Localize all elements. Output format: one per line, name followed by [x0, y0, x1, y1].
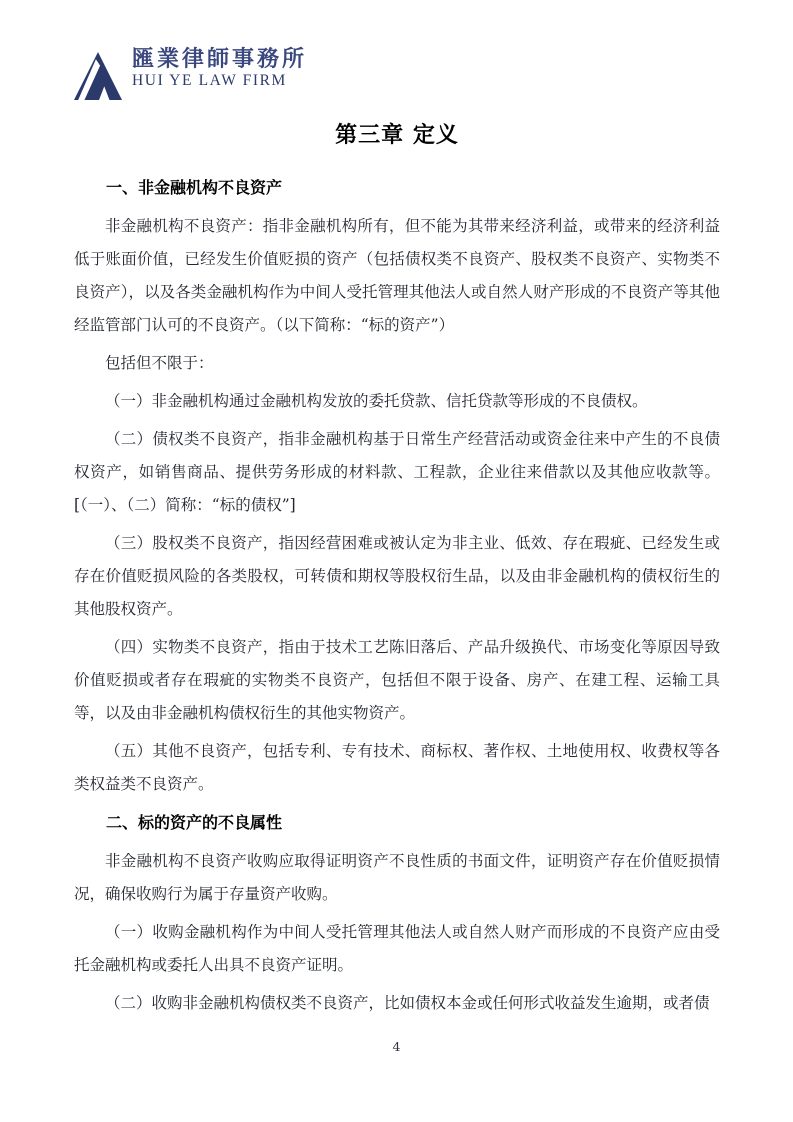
doc-paragraph: （五）其他不良资产，包括专利、专有技术、商标权、著作权、土地使用权、收费权等各类…	[74, 735, 720, 801]
doc-paragraph: 非金融机构不良资产：指非金融机构所有，但不能为其带来经济利益，或带来的经济利益低…	[74, 210, 720, 342]
doc-paragraph: （二）收购非金融机构债权类不良资产，比如债权本金或任何形式收益发生逾期，或者债	[74, 987, 720, 1020]
doc-paragraph: （三）股权类不良资产，指因经营困难或被认定为非主业、低效、存在瑕疵、已经发生或存…	[74, 527, 720, 626]
triangle-logo-icon	[74, 52, 122, 104]
logo-chinese-name: 匯業律師事務所	[132, 48, 307, 71]
doc-paragraph: 非金融机构不良资产收购应取得证明资产不良性质的书面文件，证明资产存在价值贬损情况…	[74, 845, 720, 911]
doc-paragraph: （一）非金融机构通过金融机构发放的委托贷款、信托贷款等形成的不良债权。	[74, 385, 720, 418]
page-number: 4	[0, 1039, 793, 1054]
doc-paragraph: （二）债权类不良资产，指非金融机构基于日常生产经营活动或资金往来中产生的不良债权…	[74, 423, 720, 522]
doc-paragraph: （四）实物类不良资产，指由于技术工艺陈旧落后、产品升级换代、市场变化等原因导致价…	[74, 631, 720, 730]
document-page: 匯業律師事務所 HUI YE LAW FIRM 第三章 定义 一、非金融机构不良…	[0, 0, 793, 1122]
section-heading-2: 二、标的资产的不良属性	[74, 806, 720, 839]
chapter-title: 第三章 定义	[74, 118, 720, 149]
document-body: 一、非金融机构不良资产 非金融机构不良资产：指非金融机构所有，但不能为其带来经济…	[74, 171, 720, 1020]
logo-text: 匯業律師事務所 HUI YE LAW FIRM	[132, 48, 307, 89]
logo-english-name: HUI YE LAW FIRM	[132, 73, 307, 89]
law-firm-logo: 匯業律師事務所 HUI YE LAW FIRM	[74, 48, 720, 104]
doc-paragraph: （一）收购金融机构作为中间人受托管理其他法人或自然人财产而形成的不良资产应由受托…	[74, 916, 720, 982]
doc-paragraph: 包括但不限于：	[74, 347, 720, 380]
section-heading-1: 一、非金融机构不良资产	[74, 171, 720, 204]
